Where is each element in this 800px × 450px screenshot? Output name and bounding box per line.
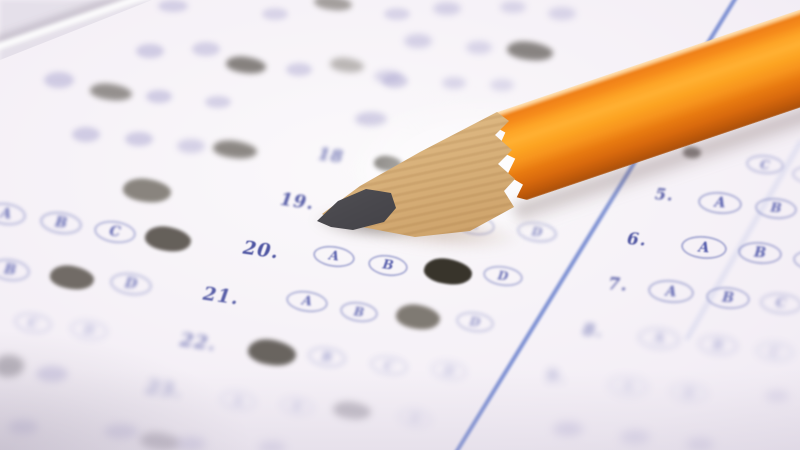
answer-bubble: B — [697, 333, 739, 356]
answer-bubble: A — [697, 190, 743, 216]
bubble-letter: A — [665, 283, 677, 300]
answer-bubble: D — [109, 270, 154, 298]
bubble-letter: D — [409, 411, 420, 425]
answer-sheet-photo: 1819.20.21.22.23.5.6.7.8.9.CDABDABDBCDAB… — [0, 0, 800, 450]
blurred-bubble-mark — [442, 77, 466, 89]
question-number: 22. — [179, 329, 218, 356]
answer-bubble: C — [13, 310, 53, 335]
filled-answer-mark — [122, 176, 173, 205]
bubble-letter: D — [124, 275, 138, 293]
answer-bubble: B — [367, 252, 410, 278]
answer-bubble: A — [680, 234, 728, 261]
bubble-letter: A — [623, 379, 633, 394]
bubble-letter: A — [328, 248, 340, 264]
filled-answer-mark — [506, 39, 554, 63]
bubble-letter: A — [714, 195, 726, 212]
answer-bubble: A — [647, 278, 695, 305]
blurred-bubble-mark — [466, 41, 492, 54]
blurred-bubble-mark — [433, 2, 461, 15]
answer-bubble: C — [792, 248, 800, 273]
answer-bubble: D — [455, 309, 495, 334]
blurred-bubble-mark — [404, 34, 432, 48]
blurred-bubble-mark — [553, 422, 583, 436]
answer-bubble: A — [637, 326, 681, 351]
answer-bubble: C — [755, 340, 795, 362]
answer-bubble: C — [745, 153, 785, 175]
blurred-bubble-mark — [192, 42, 220, 56]
filled-answer-mark — [143, 223, 192, 255]
bubble-letter: A — [301, 293, 313, 309]
bubble-letter: C — [770, 344, 781, 359]
filled-answer-mark — [332, 399, 372, 421]
filled-answer-mark — [225, 54, 267, 75]
bubble-letter: A — [698, 239, 710, 256]
blurred-bubble-mark — [72, 127, 100, 142]
blurred-bubble-mark — [500, 1, 526, 13]
bubble-letter: C — [775, 296, 787, 312]
answer-bubble: A — [219, 389, 257, 413]
answer-bubble: D — [482, 263, 524, 288]
answer-bubble: A — [285, 288, 330, 315]
answer-bubble: D — [430, 359, 468, 383]
filled-answer-mark — [212, 138, 258, 161]
blurred-bubble-mark — [286, 63, 312, 76]
blurred-bubble-mark — [765, 390, 789, 402]
answer-bubble: B — [0, 256, 31, 283]
question-number: 9. — [545, 366, 566, 388]
blurred-bubble-mark — [104, 424, 138, 439]
answer-bubble: D — [397, 407, 433, 430]
bubble-letter: B — [382, 257, 395, 273]
bubble-letter: A — [653, 331, 664, 347]
answer-bubble: A — [0, 200, 27, 227]
answer-bubble: D — [69, 317, 109, 342]
bubble-letter: A — [232, 393, 243, 408]
answer-bubble: B — [705, 285, 751, 311]
bubble-letter: D — [469, 314, 481, 329]
blurred-bubble-mark — [177, 139, 205, 153]
answer-bubble: C — [759, 291, 800, 316]
blurred-bubble-mark — [8, 420, 38, 434]
question-number: 8. — [582, 320, 603, 342]
filled-answer-mark — [329, 56, 365, 75]
bubble-letter: B — [721, 290, 734, 307]
answer-bubble: B — [39, 209, 84, 237]
filled-answer-mark — [89, 81, 133, 103]
blurred-bubble-mark — [146, 90, 172, 103]
blurred-bubble-mark — [384, 8, 410, 20]
answer-bubble: A — [607, 374, 649, 397]
bubble-letter: B — [712, 338, 723, 353]
blurred-bubble-mark — [548, 7, 576, 20]
blurred-bubble-mark — [205, 96, 231, 108]
blurred-bubble-mark — [125, 132, 153, 146]
filled-answer-mark — [0, 355, 24, 377]
bubble-letter: A — [0, 205, 12, 222]
bubble-letter: C — [108, 223, 121, 240]
filled-answer-mark — [394, 301, 441, 332]
bubble-letter: D — [443, 363, 455, 378]
blurred-bubble-mark — [176, 437, 206, 450]
bubble-letter: C — [383, 358, 394, 373]
question-number: 7. — [607, 274, 628, 296]
blurred-bubble-mark — [686, 438, 714, 450]
filled-answer-mark — [313, 0, 353, 13]
bubble-letter: B — [353, 304, 365, 319]
bubble-letter: C — [27, 315, 38, 330]
bubble-letter: B — [321, 349, 333, 364]
answer-bubble: B — [737, 240, 783, 266]
answer-bubble: B — [279, 395, 315, 418]
answer-bubble: C — [93, 218, 138, 246]
bubble-letter: D — [497, 268, 509, 283]
filled-answer-mark — [139, 430, 181, 450]
bubble-letter: B — [683, 385, 694, 400]
bubble-letter: B — [54, 214, 68, 231]
answer-bubble: B — [339, 299, 379, 324]
answer-bubble: B — [754, 196, 798, 221]
answer-bubble: B — [307, 344, 347, 369]
blurred-bubble-mark — [136, 44, 164, 58]
blurred-bubble-mark — [374, 70, 402, 83]
filled-answer-mark — [48, 262, 95, 292]
blurred-bubble-mark — [258, 441, 286, 450]
question-number: 20. — [242, 237, 281, 264]
blurred-bubble-mark — [36, 366, 68, 382]
bubble-letter: B — [291, 399, 302, 413]
blurred-bubble-mark — [158, 0, 188, 12]
blurred-bubble-mark — [262, 8, 288, 20]
filled-answer-mark — [422, 255, 474, 288]
answer-bubble: D — [791, 164, 800, 185]
bubble-letter: D — [83, 322, 95, 337]
blurred-bubble-mark — [620, 430, 650, 444]
question-number: 5. — [654, 184, 674, 205]
question-number: 23. — [145, 376, 184, 403]
bubble-letter: B — [770, 201, 782, 217]
bubble-letter: B — [3, 261, 17, 278]
answer-bubble: C — [369, 353, 409, 377]
bubble-letter: B — [753, 245, 766, 262]
bubble-letter: C — [760, 157, 771, 172]
question-number: 21. — [202, 283, 241, 310]
filled-answer-mark — [246, 336, 298, 369]
answer-bubble: B — [669, 381, 709, 403]
blurred-bubble-mark — [44, 72, 74, 88]
